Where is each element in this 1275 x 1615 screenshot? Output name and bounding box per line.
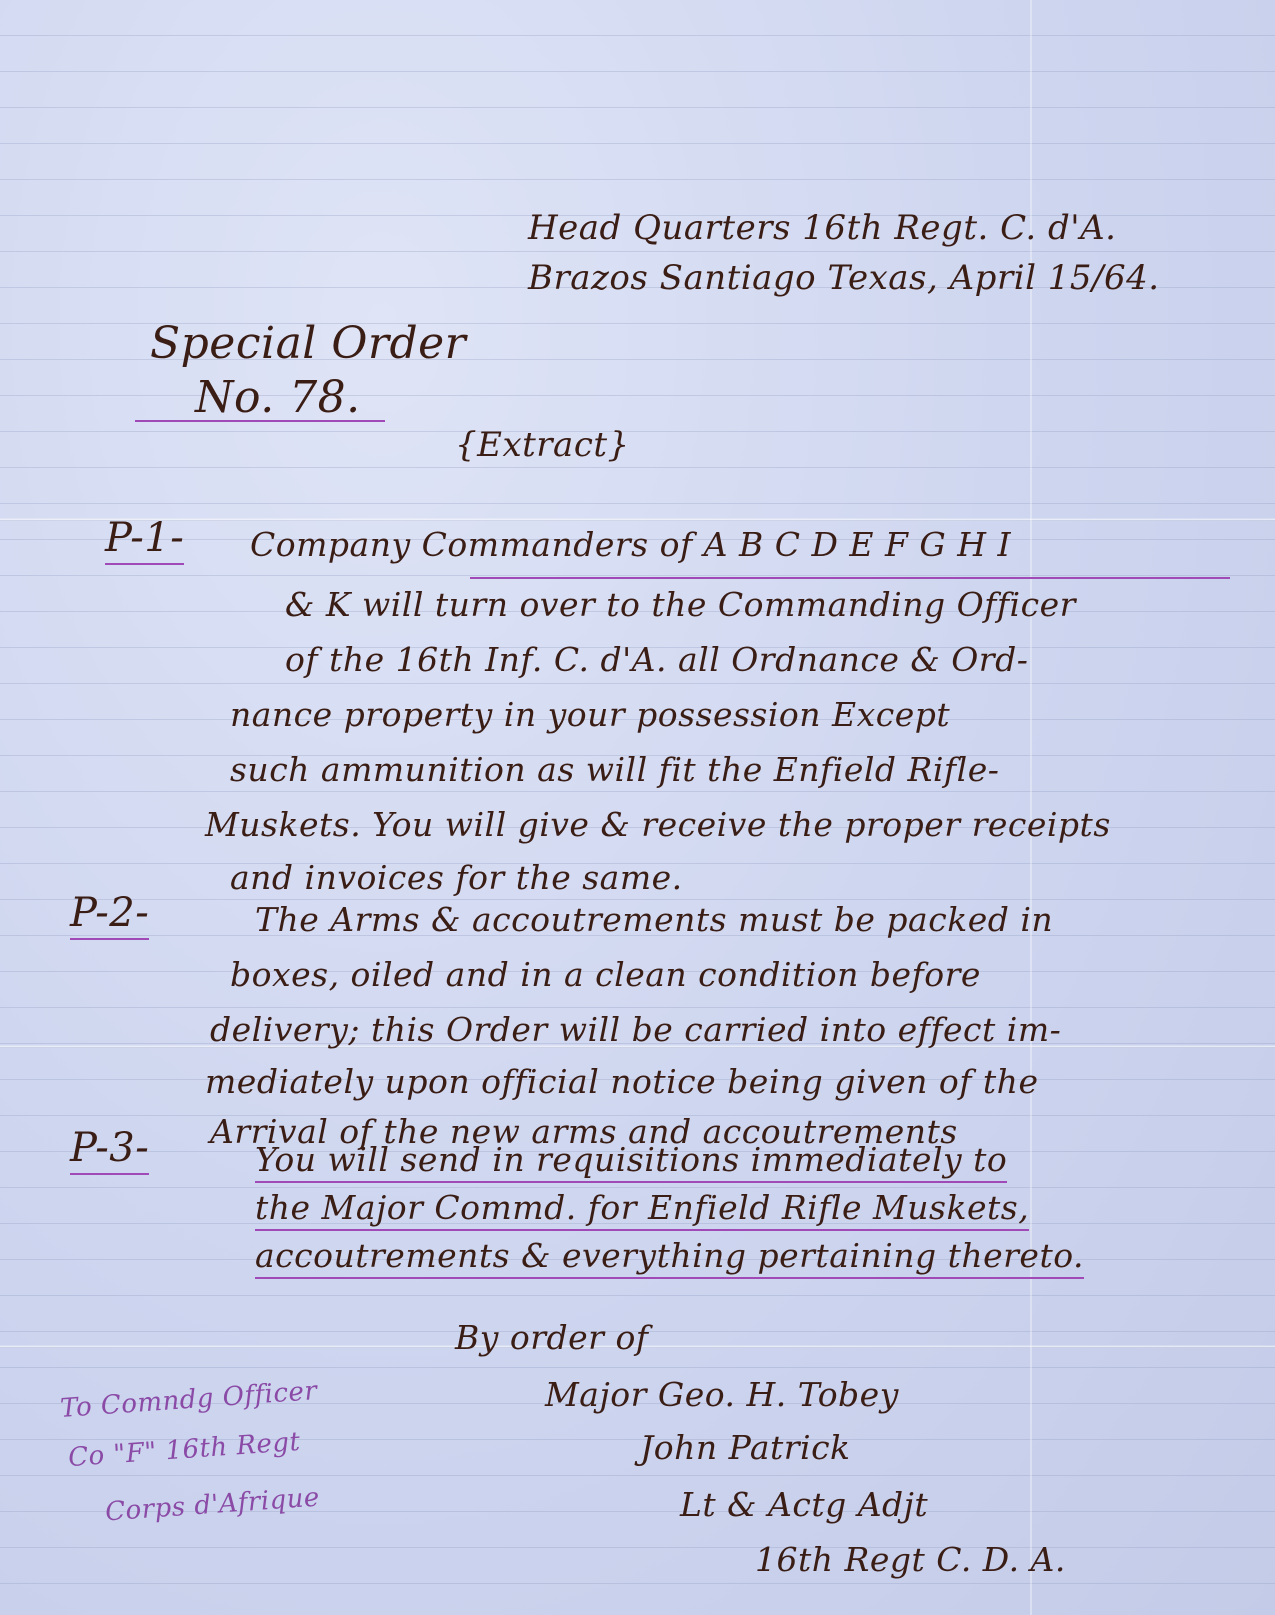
paragraph-3-line: You will send in requisitions immediatel… (255, 1140, 1007, 1183)
paragraph-1-line: of the 16th Inf. C. d'A. all Ordnance & … (285, 640, 1028, 679)
paragraph-1-line: Company Commanders of A B C D E F G H I (250, 525, 1011, 564)
title-underline (135, 420, 385, 422)
header-line-2: Brazos Santiago Texas, April 15/64. (528, 258, 1160, 298)
order-title: Special Order (150, 318, 466, 369)
commander-name: Major Geo. H. Tobey (545, 1375, 899, 1414)
paragraph-1-label: P-1- (105, 515, 184, 565)
paragraph-1-line: nance property in your possession Except (230, 695, 950, 734)
address-note-line-1: To Comndg Officer (59, 1376, 318, 1424)
paragraph-2-label: P-2- (70, 890, 149, 940)
signer-name: John Patrick (640, 1428, 851, 1467)
paragraph-1-line: Muskets. You will give & receive the pro… (205, 805, 1111, 844)
paragraph-1-line: and invoices for the same. (230, 858, 683, 897)
address-note-line-3: Corps d'Afrique (104, 1483, 321, 1528)
header-line-1: Head Quarters 16th Regt. C. d'A. (528, 208, 1117, 248)
signer-unit: 16th Regt C. D. A. (755, 1540, 1066, 1579)
paragraph-2-line: delivery; this Order will be carried int… (210, 1010, 1061, 1049)
paragraph-3-label: P-3- (70, 1125, 149, 1175)
paragraph-1-line: & K will turn over to the Commanding Off… (285, 585, 1076, 624)
document-sheet: Head Quarters 16th Regt. C. d'A. Brazos … (0, 0, 1275, 1615)
by-order-of: By order of (455, 1318, 649, 1357)
paragraph-1-line: such ammunition as will fit the Enfield … (230, 750, 999, 789)
extract-label: {Extract} (455, 425, 630, 465)
underline (470, 577, 1230, 579)
address-note-line-2: Co "F" 16th Regt (67, 1427, 301, 1473)
paragraph-2-line: The Arms & accoutrements must be packed … (255, 900, 1053, 939)
signer-title: Lt & Actg Adjt (680, 1485, 928, 1524)
paragraph-2-line: mediately upon official notice being giv… (205, 1062, 1038, 1101)
paragraph-3-line: the Major Commd. for Enfield Rifle Muske… (255, 1188, 1029, 1231)
paper-fold (0, 518, 1275, 521)
paragraph-3-line: accoutrements & everything pertaining th… (255, 1236, 1084, 1279)
paragraph-2-line: boxes, oiled and in a clean condition be… (230, 955, 981, 994)
order-number: No. 78. (195, 372, 361, 423)
